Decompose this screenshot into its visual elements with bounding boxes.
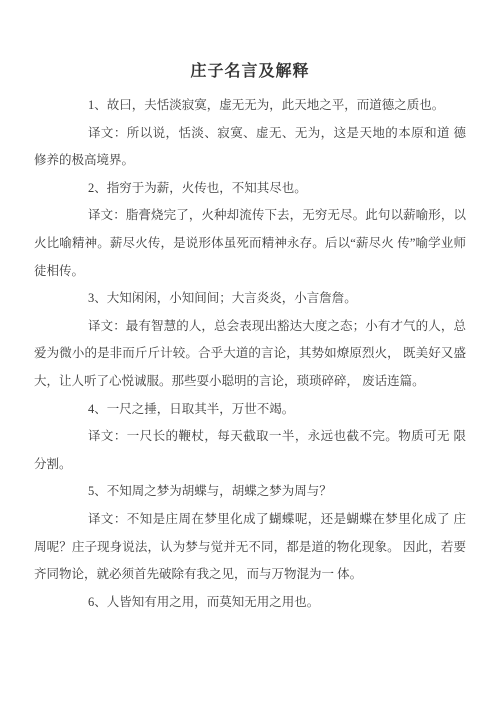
document-body: 1、故曰，夫恬淡寂寞，虚无无为，此天地之平，而道德之质也。 译文：所以说，恬淡、… [34,92,466,616]
quote-paragraph-4: 4、一尺之捶，日取其半，万世不竭。 [34,396,466,424]
translation-paragraph-3: 译文：最有智慧的人，总会表现出豁达大度之态；小有才气的人，总爱为微小的是非而斤斤… [34,313,466,396]
quote-paragraph-6: 6、人皆知有用之用，而莫知无用之用也。 [34,589,466,617]
document-title: 庄子名言及解释 [34,60,466,84]
translation-paragraph-4: 译文：一尺长的鞭杖，每天截取一半，永远也截不完。物质可无 限分割。 [34,423,466,478]
quote-paragraph-1: 1、故曰，夫恬淡寂寞，虚无无为，此天地之平，而道德之质也。 [34,92,466,120]
quote-paragraph-5: 5、不知周之梦为胡蝶与，胡蝶之梦为周与？ [34,478,466,506]
translation-paragraph-2: 译文：脂膏烧完了，火种却流传下去，无穷无尽。此句以薪喻形，以火比喻精神。薪尽火传… [34,202,466,285]
translation-paragraph-5: 译文：不知是庄周在梦里化成了蝴蝶呢，还是蝴蝶在梦里化成了 庄周呢？庄子现身说法，… [34,506,466,589]
quote-paragraph-2: 2、指穷于为薪，火传也，不知其尽也。 [34,175,466,203]
translation-paragraph-1: 译文：所以说，恬淡、寂寞、虚无、无为，这是天地的本原和道 德修养的极高境界。 [34,120,466,175]
quote-paragraph-3: 3、大知闲闲，小知间间；大言炎炎，小言詹詹。 [34,285,466,313]
document-page: 庄子名言及解释 1、故曰，夫恬淡寂寞，虚无无为，此天地之平，而道德之质也。 译文… [0,0,500,707]
